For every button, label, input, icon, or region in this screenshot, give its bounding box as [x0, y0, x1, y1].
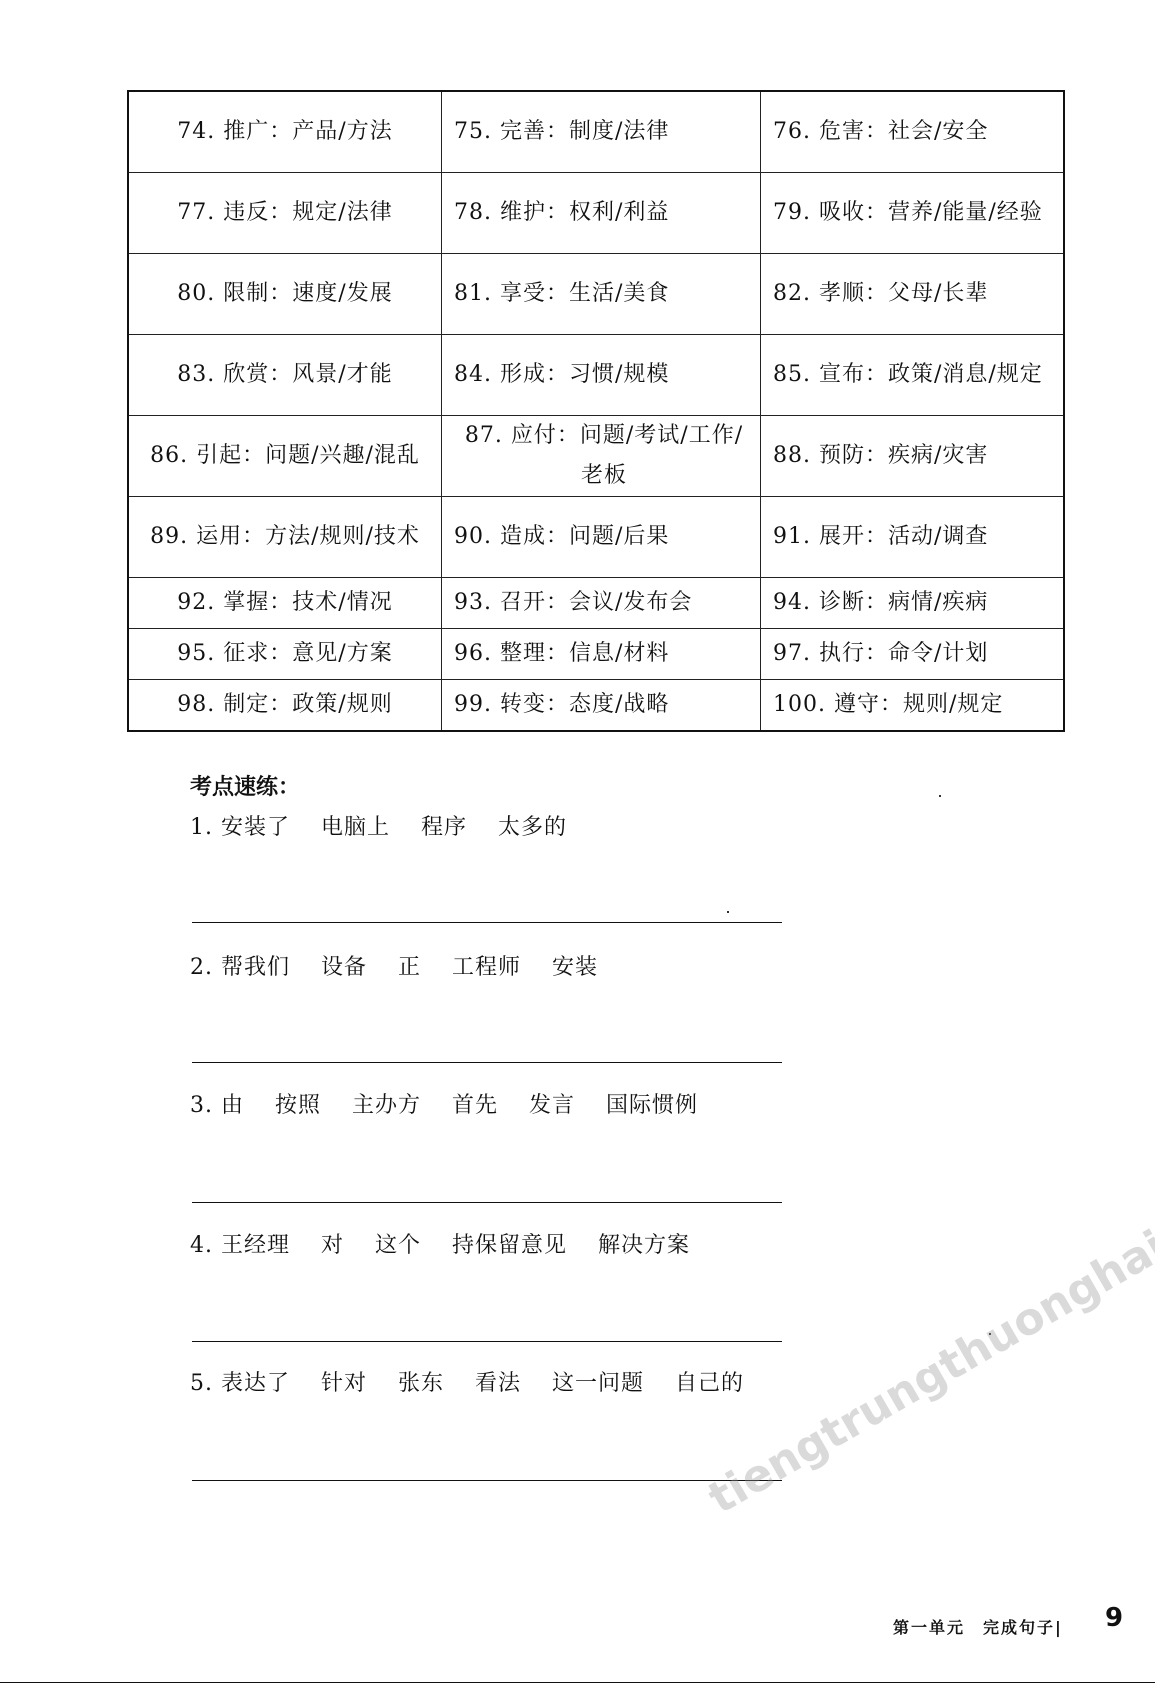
table-row: 83. 欣赏：风景/才能 84. 形成：习惯/规模 85. 宣布：政策/消息/规… [128, 335, 1064, 416]
table-cell: 91. 展开：活动/调查 [761, 497, 1065, 578]
table-cell: 83. 欣赏：风景/才能 [128, 335, 442, 416]
answer-line[interactable] [192, 1202, 782, 1203]
table-cell: 95. 征求：意见/方案 [128, 629, 442, 680]
table-row: 74. 推广：产品/方法 75. 完善：制度/法律 76. 危害：社会/安全 [128, 91, 1064, 173]
exercise-item: 1. 安装了 电脑上 程序 太多的 [190, 810, 567, 841]
table-row: 92. 掌握：技术/情况 93. 召开：会议/发布会 94. 诊断：病情/疾病 [128, 578, 1064, 629]
table-cell: 96. 整理：信息/材料 [442, 629, 761, 680]
table-cell: 98. 制定：政策/规则 [128, 680, 442, 732]
table-cell: 84. 形成：习惯/规模 [442, 335, 761, 416]
answer-line[interactable] [192, 1480, 782, 1481]
footer-section-label: 第一单元 完成句子| [893, 1615, 1063, 1638]
table-cell: 77. 违反：规定/法律 [128, 173, 442, 254]
table-row: 95. 征求：意见/方案 96. 整理：信息/材料 97. 执行：命令/计划 [128, 629, 1064, 680]
exercise-item: 2. 帮我们 设备 正 工程师 安装 [190, 950, 598, 981]
answer-line[interactable] [192, 1062, 782, 1063]
table-cell: 74. 推广：产品/方法 [128, 91, 442, 173]
table-cell: 78. 维护：权利/利益 [442, 173, 761, 254]
scan-speck [939, 795, 941, 797]
watermark: tiengtrungthuonghai.vn [700, 1182, 1155, 1524]
table-cell: 82. 孝顺：父母/长辈 [761, 254, 1065, 335]
table-cell: 90. 造成：问题/后果 [442, 497, 761, 578]
table-row: 89. 运用：方法/规则/技术 90. 造成：问题/后果 91. 展开：活动/调… [128, 497, 1064, 578]
table-cell: 100. 遵守：规则/规定 [761, 680, 1065, 732]
table-cell: 92. 掌握：技术/情况 [128, 578, 442, 629]
table-cell: 76. 危害：社会/安全 [761, 91, 1065, 173]
table-cell: 94. 诊断：病情/疾病 [761, 578, 1065, 629]
page-number: 9 [1105, 1603, 1123, 1633]
table-cell: 79. 吸收：营养/能量/经验 [761, 173, 1065, 254]
table-cell: 80. 限制：速度/发展 [128, 254, 442, 335]
table-cell: 88. 预防：疾病/灾害 [761, 416, 1065, 497]
table-cell: 93. 召开：会议/发布会 [442, 578, 761, 629]
table-cell: 87. 应付：问题/考试/工作/老板 [442, 416, 761, 497]
table-cell: 99. 转变：态度/战略 [442, 680, 761, 732]
scan-speck [727, 911, 729, 913]
table-cell: 86. 引起：问题/兴趣/混乱 [128, 416, 442, 497]
table-row: 77. 违反：规定/法律 78. 维护：权利/利益 79. 吸收：营养/能量/经… [128, 173, 1064, 254]
answer-line[interactable] [192, 922, 782, 923]
table-row: 80. 限制：速度/发展 81. 享受：生活/美食 82. 孝顺：父母/长辈 [128, 254, 1064, 335]
table-row: 86. 引起：问题/兴趣/混乱 87. 应付：问题/考试/工作/老板 88. 预… [128, 416, 1064, 497]
table-cell: 89. 运用：方法/规则/技术 [128, 497, 442, 578]
collocation-table: 74. 推广：产品/方法 75. 完善：制度/法律 76. 危害：社会/安全 7… [127, 90, 1065, 732]
answer-line[interactable] [192, 1341, 782, 1342]
table-cell: 81. 享受：生活/美食 [442, 254, 761, 335]
practice-title: 考点速练： [190, 770, 300, 801]
exercise-item: 4. 王经理 对 这个 持保留意见 解决方案 [190, 1228, 690, 1259]
exercise-item: 3. 由 按照 主办方 首先 发言 国际惯例 [190, 1088, 698, 1119]
bottom-rule [0, 1682, 1155, 1683]
table-cell: 85. 宣布：政策/消息/规定 [761, 335, 1065, 416]
table-cell: 75. 完善：制度/法律 [442, 91, 761, 173]
exercise-item: 5. 表达了 针对 张东 看法 这一问题 自己的 [190, 1366, 744, 1397]
table-row: 98. 制定：政策/规则 99. 转变：态度/战略 100. 遵守：规则/规定 [128, 680, 1064, 732]
table-cell: 97. 执行：命令/计划 [761, 629, 1065, 680]
